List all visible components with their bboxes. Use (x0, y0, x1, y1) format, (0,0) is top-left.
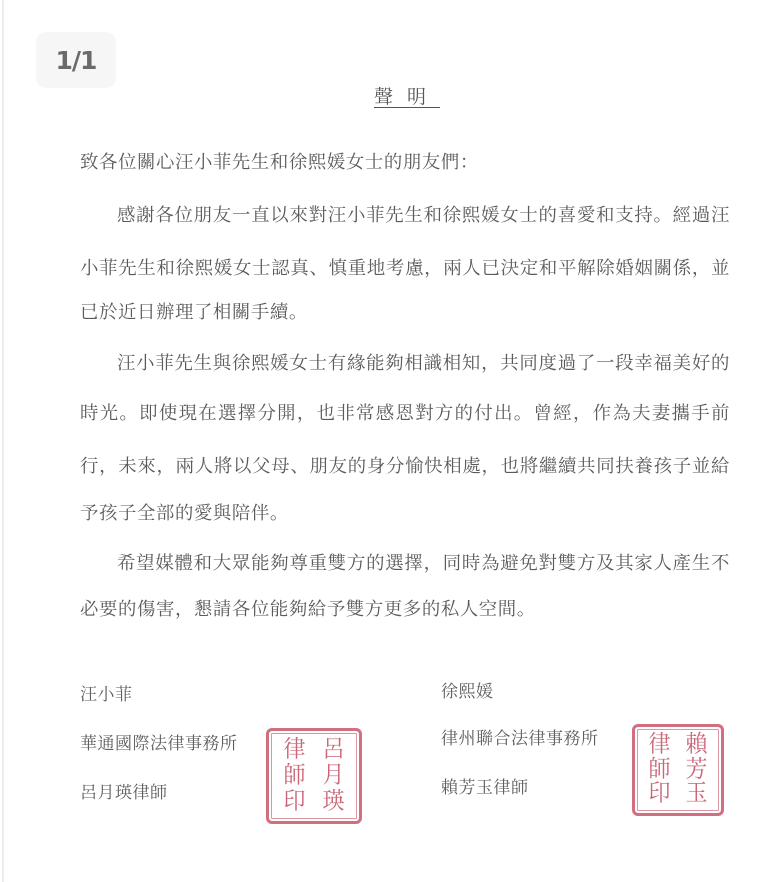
salutation: 致各位關心汪小菲先生和徐熙媛女士的朋友們： (80, 151, 479, 175)
seal-1-char-1: 律 (275, 736, 314, 763)
signatory-2-lawyer: 賴芳玉律師 (441, 777, 529, 799)
seal-2-char-1: 律 (641, 732, 678, 758)
lawyer-seal-1: 律 師 印 呂 月 瑛 (266, 728, 362, 824)
seal-2-char-4: 賴 (678, 732, 715, 758)
paragraph-1-line-1: 感謝各位朋友一直以來對汪小菲先生和徐熙媛女士的喜愛和支持。經過汪 (117, 204, 730, 228)
seal-1-char-5: 月 (314, 762, 353, 789)
page-indicator-label: 1/1 (56, 46, 97, 75)
seal-1-char-4: 呂 (314, 736, 353, 763)
page-indicator: 1/1 (36, 32, 116, 88)
paragraph-2-line-1: 汪小菲先生與徐熙媛女士有緣能夠相識相知，共同度過了一段幸福美好的 (117, 352, 730, 376)
seal-2-char-6: 玉 (678, 782, 715, 808)
document-title: 聲明 (374, 82, 440, 109)
paragraph-3-line-1: 希望媒體和大眾能夠尊重雙方的選擇，同時為避免對雙方及其家人產生不 (117, 552, 730, 576)
page-left-edge (2, 0, 4, 882)
seal-1-char-6: 瑛 (314, 788, 353, 815)
paragraph-2-line-2: 時光。即使現在選擇分開，也非常感恩對方的付出。曾經，作為夫妻攜手前 (80, 402, 730, 426)
signatory-2-law-firm: 律州聯合法律事務所 (441, 728, 599, 750)
signatory-1-name: 汪小菲 (80, 684, 133, 706)
seal-2-char-2: 師 (641, 757, 678, 783)
paragraph-1-line-3: 已於近日辦理了相關手續。 (80, 301, 308, 325)
signatory-1-law-firm: 華通國際法律事務所 (80, 733, 238, 755)
seal-1-char-3: 印 (275, 788, 314, 815)
paragraph-3-line-2: 必要的傷害，懇請各位能夠給予雙方更多的私人空間。 (80, 598, 536, 622)
paragraph-2-line-4: 予孩子全部的愛與陪伴。 (80, 502, 289, 526)
paragraph-1-line-2: 小菲先生和徐熙媛女士認真、慎重地考慮，兩人已決定和平解除婚姻關係，並 (80, 257, 730, 281)
seal-1-char-2: 師 (275, 762, 314, 789)
signatory-1-lawyer: 呂月瑛律師 (80, 782, 168, 804)
paragraph-2-line-3: 行，未來，兩人將以父母、朋友的身分愉快相處，也將繼續共同扶養孩子並給 (80, 455, 730, 479)
lawyer-seal-2: 律 師 印 賴 芳 玉 (632, 724, 724, 816)
signatory-2-name: 徐熙媛 (441, 681, 494, 703)
seal-2-char-3: 印 (641, 782, 678, 808)
seal-2-char-5: 芳 (678, 757, 715, 783)
